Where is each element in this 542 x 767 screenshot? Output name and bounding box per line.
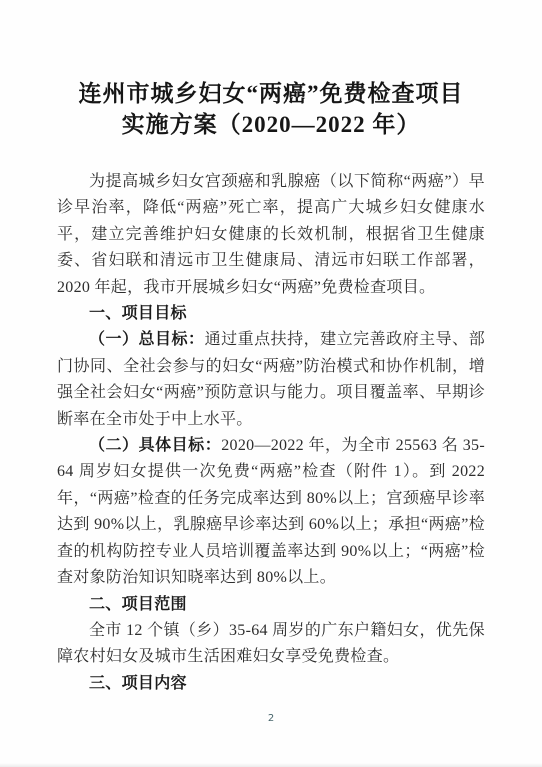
section2-paragraph: 全市 12 个镇（乡）35-64 周岁的广东户籍妇女，优先保障农村妇女及城市生活…: [57, 618, 485, 671]
intro-paragraph: 为提高城乡妇女宫颈癌和乳腺癌（以下简称“两癌”）早诊早治率，降低“两癌”死亡率，…: [57, 169, 485, 301]
section1-sub2-paragraph: （二）具体目标：2020—2022 年，为全市 25563 名 35-64 周岁…: [57, 433, 485, 591]
title-line-1: 连州市城乡妇女“两癌”免费检查项目: [0, 78, 542, 109]
document-body: 为提高城乡妇女宫颈癌和乳腺癌（以下简称“两癌”）早诊早治率，降低“两癌”死亡率，…: [57, 169, 485, 697]
sub1-label: （一）总目标：: [89, 331, 205, 348]
title-line-2: 实施方案（2020—2022 年）: [0, 109, 542, 140]
section3-heading: 三、项目内容: [57, 671, 485, 697]
sub2-label: （二）具体目标：: [89, 437, 221, 454]
section2-heading: 二、项目范围: [57, 592, 485, 618]
section1-heading: 一、项目目标: [57, 301, 485, 327]
document-title: 连州市城乡妇女“两癌”免费检查项目 实施方案（2020—2022 年）: [0, 78, 542, 140]
section1-sub1-paragraph: （一）总目标：通过重点扶持，建立完善政府主导、部门协同、全社会参与的妇女“两癌”…: [57, 327, 485, 433]
page-number: 2: [0, 713, 542, 724]
document-page: 连州市城乡妇女“两癌”免费检查项目 实施方案（2020—2022 年） 为提高城…: [0, 0, 542, 767]
page-bottom-edge-shadow: [0, 763, 542, 767]
sub2-text: 2020—2022 年，为全市 25563 名 35-64 周岁妇女提供一次免费…: [57, 437, 485, 586]
